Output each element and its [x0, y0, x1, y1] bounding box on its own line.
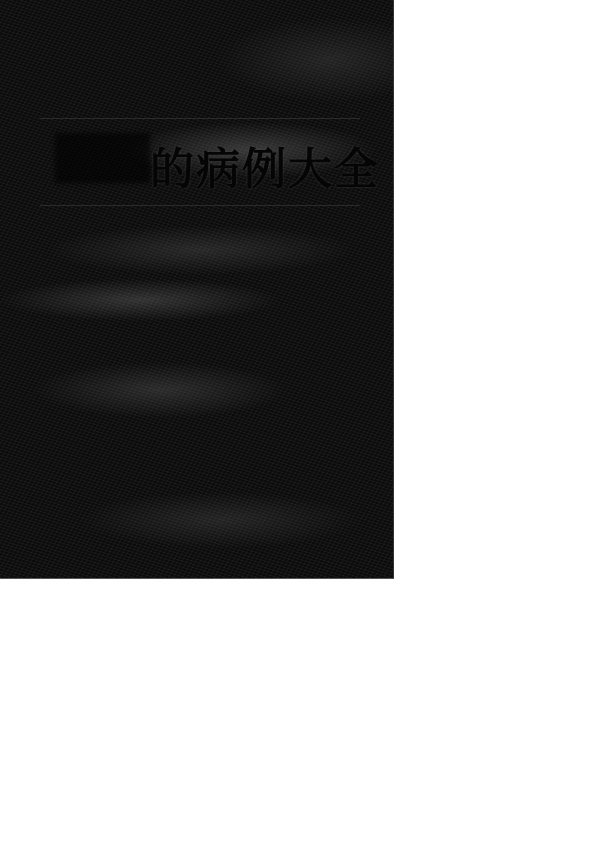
cover-title: 的病例大全 — [150, 133, 380, 197]
book-cover: 的病例大全 — [0, 0, 394, 579]
title-prefix-illegible — [55, 133, 150, 183]
